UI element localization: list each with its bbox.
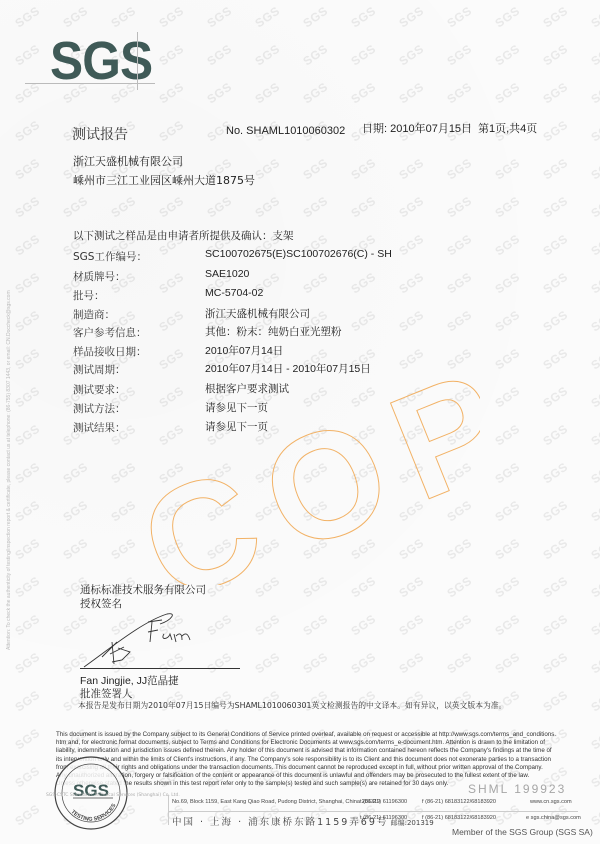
report-date: 日期: 2010年07月15日 — [362, 120, 472, 136]
sample-field-value: 请参见下一页 — [205, 419, 268, 434]
footer-website: www.cn.sgs.com — [530, 799, 572, 805]
signature-line — [80, 668, 240, 669]
footer-fax-cn: f (86-21) 68183122/68183920 — [422, 815, 496, 821]
footer-address-cn-main: 中国 · 上海 · 浦东康桥东路1159弄69号 — [172, 817, 388, 828]
sample-intro: 以下测试之样品是由申请者所提供及确认：支架 — [73, 228, 294, 243]
footer-tel: t (86-21) 61196300 — [360, 799, 407, 805]
sample-field-label: 材质牌号： — [73, 269, 126, 284]
sample-field-value: 浙江天盛机械有限公司 — [205, 306, 310, 321]
disclaimer-line: Any unauthorized alteration, forgery or … — [56, 772, 576, 780]
footer-divider — [168, 811, 578, 812]
side-authenticity-text: Attention: To check the authenticity of … — [6, 290, 12, 650]
signer-title: 批准签署人 — [80, 686, 133, 701]
report-number: No. SHAML1010060302 — [226, 125, 345, 137]
serial-number: SHML 199923 — [468, 782, 566, 796]
sample-field-value: 请参见下一页 — [205, 400, 268, 415]
page-info: 第1页,共4页 — [478, 120, 537, 136]
seal-company-text: SGS-CSTC Standards Technical Services (S… — [46, 793, 180, 798]
sample-field-label: 测试结果： — [73, 420, 126, 435]
sample-field-value: SAE1020 — [205, 268, 249, 280]
sample-field-value: 其他：粉末：纯奶白亚光塑粉 — [205, 324, 342, 339]
report-page: SGSSGSSGSSGSSGSSGSSGSSGSSGSSGSSGSSGSSGSS… — [0, 0, 600, 844]
sample-field-value: SC100702675(E)SC100702676(C) - SH — [205, 248, 392, 260]
footer-address-en: No.69, Block 1159, East Kang Qiao Road, … — [172, 799, 380, 805]
sample-field-label: SGS工作编号： — [73, 249, 147, 264]
disclaimer-line: htm and, for electronic format documents… — [56, 739, 576, 747]
disclaimer-line: liability, indemnification and jurisdict… — [56, 747, 576, 755]
applicant-name: 浙江天盛机械有限公司 — [73, 153, 183, 169]
sample-field-label: 测试周期： — [73, 362, 126, 377]
translation-note: 本报告是发布日期为2010年07月15日编号为SHAML1010060301英文… — [78, 700, 506, 711]
sample-field-label: 样品接收日期： — [73, 344, 147, 359]
logo-crosshair-vertical — [137, 32, 138, 90]
logo-crosshair-horizontal — [25, 83, 155, 84]
sample-field-value: 2010年07月14日 - 2010年07月15日 — [205, 361, 371, 376]
sample-field-value: MC-5704-02 — [205, 287, 263, 299]
sample-field-label: 制造商： — [73, 307, 115, 322]
sample-field-value: 2010年07月14日 — [205, 343, 283, 358]
signature-scribble — [82, 612, 212, 672]
sample-field-label: 测试方法： — [73, 401, 126, 416]
disclaimer-line: This document is issued by the Company s… — [56, 731, 576, 739]
applicant-address: 嵊州市三江工业园区嵊州大道1875号 — [73, 172, 255, 188]
report-title: 测试报告 — [72, 124, 128, 144]
disclaimer-line: its intervention only and within the lim… — [56, 756, 576, 764]
footer-fax: f (86-21) 68183122/68183920 — [422, 799, 496, 805]
disclaimer-line: from exercising all their rights and obl… — [56, 764, 576, 772]
sgs-member-note: Member of the SGS Group (SGS SA) — [452, 827, 593, 837]
svg-text:COPY: COPY — [120, 355, 480, 585]
footer-email: e sgs.china@sgs.com — [526, 815, 581, 821]
signing-company: 通标标准技术服务有限公司 — [80, 582, 206, 597]
sample-field-label: 测试要求： — [73, 382, 126, 397]
sample-field-label: 批号： — [73, 288, 105, 303]
copy-watermark: COPY — [120, 355, 480, 585]
footer-tel-cn: t (86-21) 61196300 — [360, 815, 407, 821]
legal-disclaimer: This document is issued by the Company s… — [56, 731, 576, 788]
authorized-signature-label: 授权签名 — [80, 596, 122, 611]
sample-field-value: 根据客户要求测试 — [205, 381, 289, 396]
footer-divider-vertical — [168, 795, 169, 825]
sample-field-label: 客户参考信息： — [73, 325, 147, 340]
